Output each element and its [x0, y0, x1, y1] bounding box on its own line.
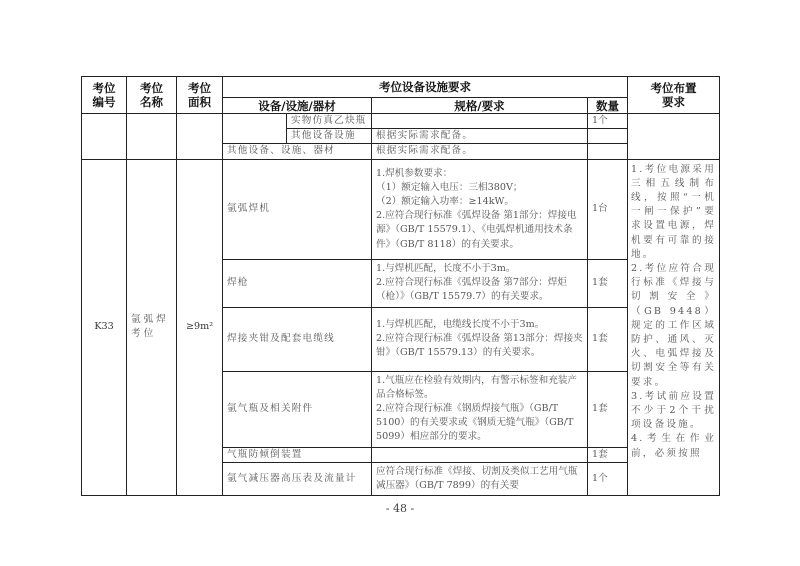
table-row: 实物仿真乙炔瓶 1个 — [82, 114, 720, 129]
prev-station-name-cell — [127, 114, 177, 160]
spec-cell: 1.与焊机匹配，长度不小于3m。 2.应符合现行标准《弧焊设备 第7部分：焊炬（… — [372, 259, 588, 307]
header-station-area: 考位 面积 — [177, 77, 223, 114]
header-equipment-requirements: 考位设备设施要求 — [223, 77, 628, 98]
quantity-cell: 1台 — [588, 159, 628, 259]
spec-cell — [372, 447, 588, 462]
equipment-cell: 实物仿真乙炔瓶 — [287, 114, 372, 129]
header-station-name: 考位 名称 — [127, 77, 177, 114]
prev-equipment-group-cell — [223, 114, 287, 144]
header-station-code: 考位 编号 — [82, 77, 127, 114]
table-row: K33 氩弧焊考位 ≥9m² 氩弧焊机 1.焊机参数要求： （1）额定输入电压：… — [82, 159, 720, 259]
spec-cell: 根据实际需求配备。 — [372, 129, 588, 144]
quantity-cell: 1套 — [588, 447, 628, 462]
equipment-cell: 氩气瓶及相关附件 — [223, 371, 372, 447]
page-number: - 48 - — [0, 502, 800, 515]
spec-cell — [372, 114, 588, 129]
prev-station-area-cell — [177, 114, 223, 160]
quantity-cell: 1套 — [588, 259, 628, 307]
prev-station-code-cell — [82, 114, 127, 160]
exam-station-equipment-table: 考位 编号 考位 名称 考位 面积 考位设备设施要求 考位布置 要求 设备/设施… — [81, 76, 720, 496]
layout-requirements-cell: 1.考位电源采用三相五线制布线，按照“一机一闸一保护”要求设置电源，焊机要有可靠… — [628, 159, 720, 495]
equipment-cell: 氩气减压器高压表及流量计 — [223, 462, 372, 495]
spec-cell: 1.焊机参数要求： （1）额定输入电压：三相380V； （2）额定输入功率：≥1… — [372, 159, 588, 259]
header-layout-requirements: 考位布置 要求 — [628, 77, 720, 114]
equipment-cell: 其他设备设施 — [287, 129, 372, 144]
quantity-cell: 1个 — [588, 462, 628, 495]
equipment-cell: 其他设备、设施、器材 — [223, 144, 372, 159]
equipment-cell: 焊接夹钳及配套电缆线 — [223, 307, 372, 371]
quantity-cell: 1套 — [588, 371, 628, 447]
spec-cell: 根据实际需求配备。 — [372, 144, 588, 159]
quantity-cell — [588, 129, 628, 144]
station-area-cell: ≥9m² — [177, 159, 223, 495]
header-equipment: 设备/设施/器材 — [223, 98, 372, 114]
station-code-cell: K33 — [82, 159, 127, 495]
station-name-cell: 氩弧焊考位 — [127, 159, 177, 495]
header-spec: 规格/要求 — [372, 98, 588, 114]
spec-cell: 1.与焊机匹配，电缆线长度不小于3m。 2.应符合现行标准《弧焊设备 第13部分… — [372, 307, 588, 371]
quantity-cell: 1套 — [588, 307, 628, 371]
spec-cell: 应符合现行标准《焊接、切割及类似工艺用气瓶减压器》（GB/T 7899）的有关要 — [372, 462, 588, 495]
document-page: 考位 编号 考位 名称 考位 面积 考位设备设施要求 考位布置 要求 设备/设施… — [0, 0, 800, 566]
header-quantity: 数量 — [588, 98, 628, 114]
prev-layout-cell — [628, 114, 720, 160]
equipment-cell: 气瓶防倾倒装置 — [223, 447, 372, 462]
equipment-cell: 焊枪 — [223, 259, 372, 307]
header-row-1: 考位 编号 考位 名称 考位 面积 考位设备设施要求 考位布置 要求 — [82, 77, 720, 98]
quantity-cell: 1个 — [588, 114, 628, 129]
spec-cell: 1.气瓶应在检验有效期内，有警示标签和充装产品合格标签。 2.应符合现行标准《钢… — [372, 371, 588, 447]
quantity-cell — [588, 144, 628, 159]
equipment-cell: 氩弧焊机 — [223, 159, 372, 259]
